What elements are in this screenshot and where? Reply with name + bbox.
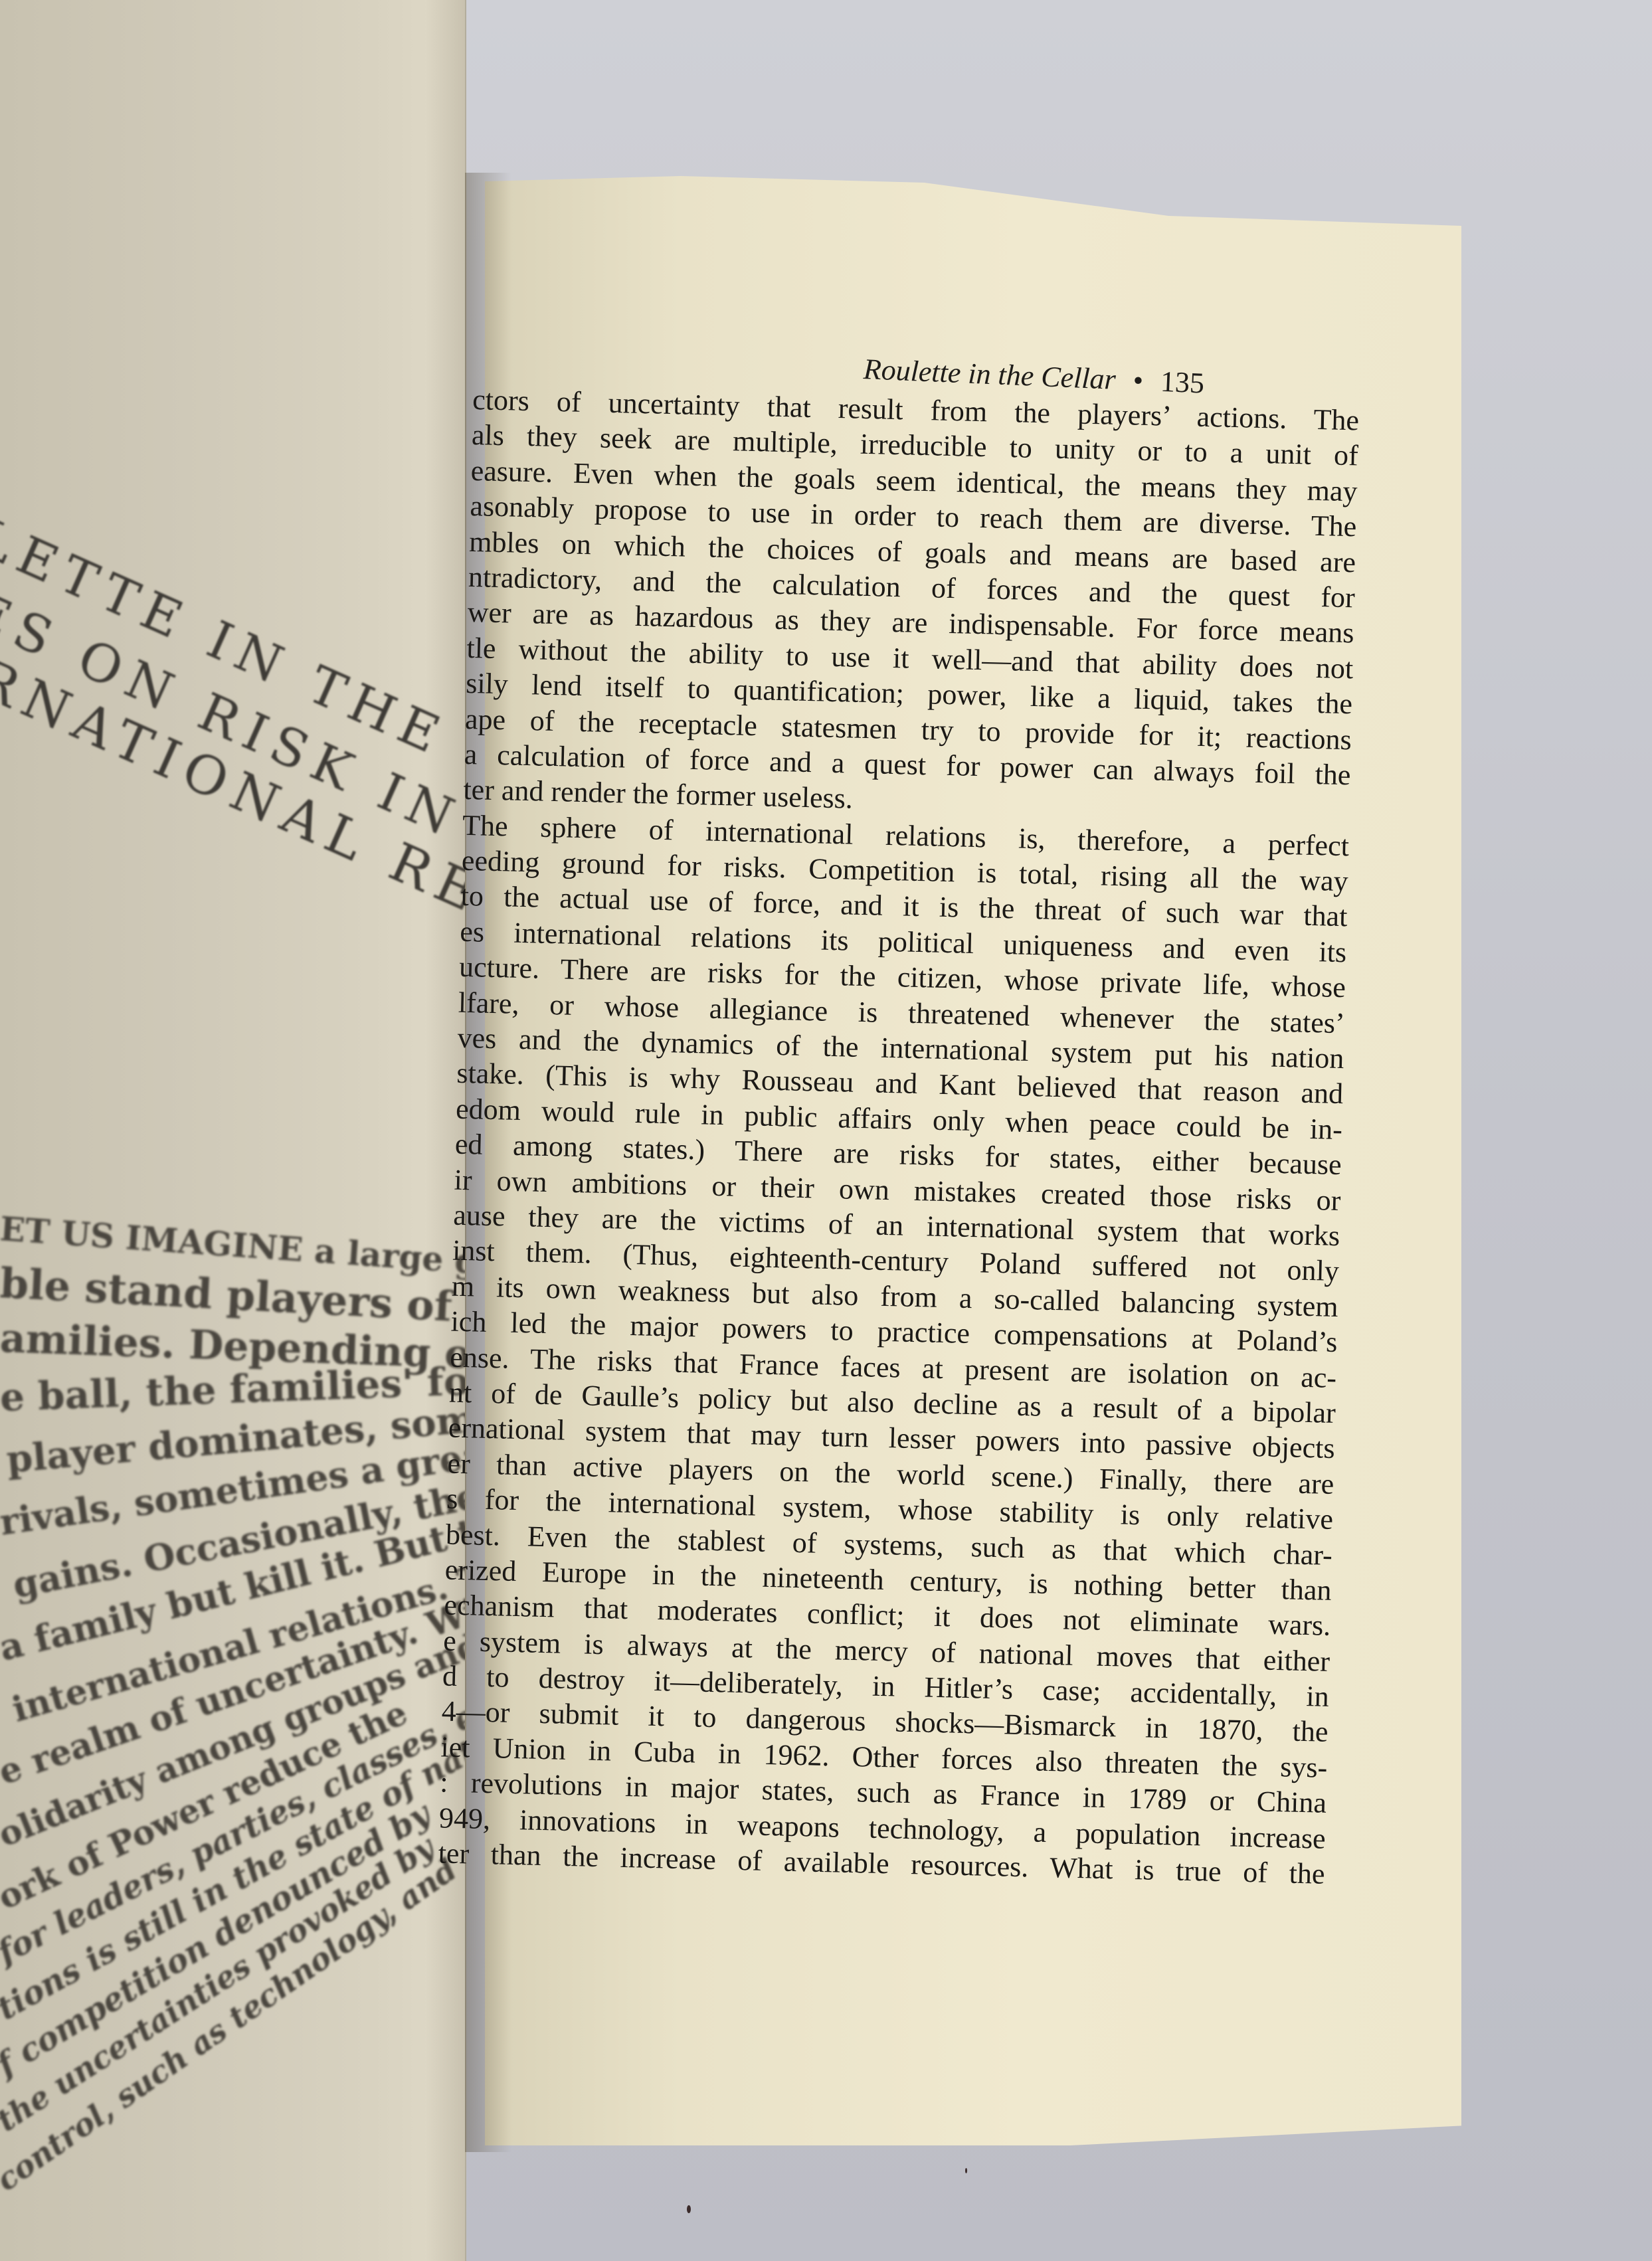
body-text: ctors of uncertainty that result from th… xyxy=(438,382,1359,1892)
dust-speck xyxy=(687,2205,691,2213)
dust-speck xyxy=(965,2168,967,2173)
left-page: LETTE IN THE CELLAR ES ON RISK IN RNATIO… xyxy=(0,0,466,2261)
running-head-separator: • xyxy=(1133,364,1144,397)
page-number: 135 xyxy=(1160,365,1205,400)
